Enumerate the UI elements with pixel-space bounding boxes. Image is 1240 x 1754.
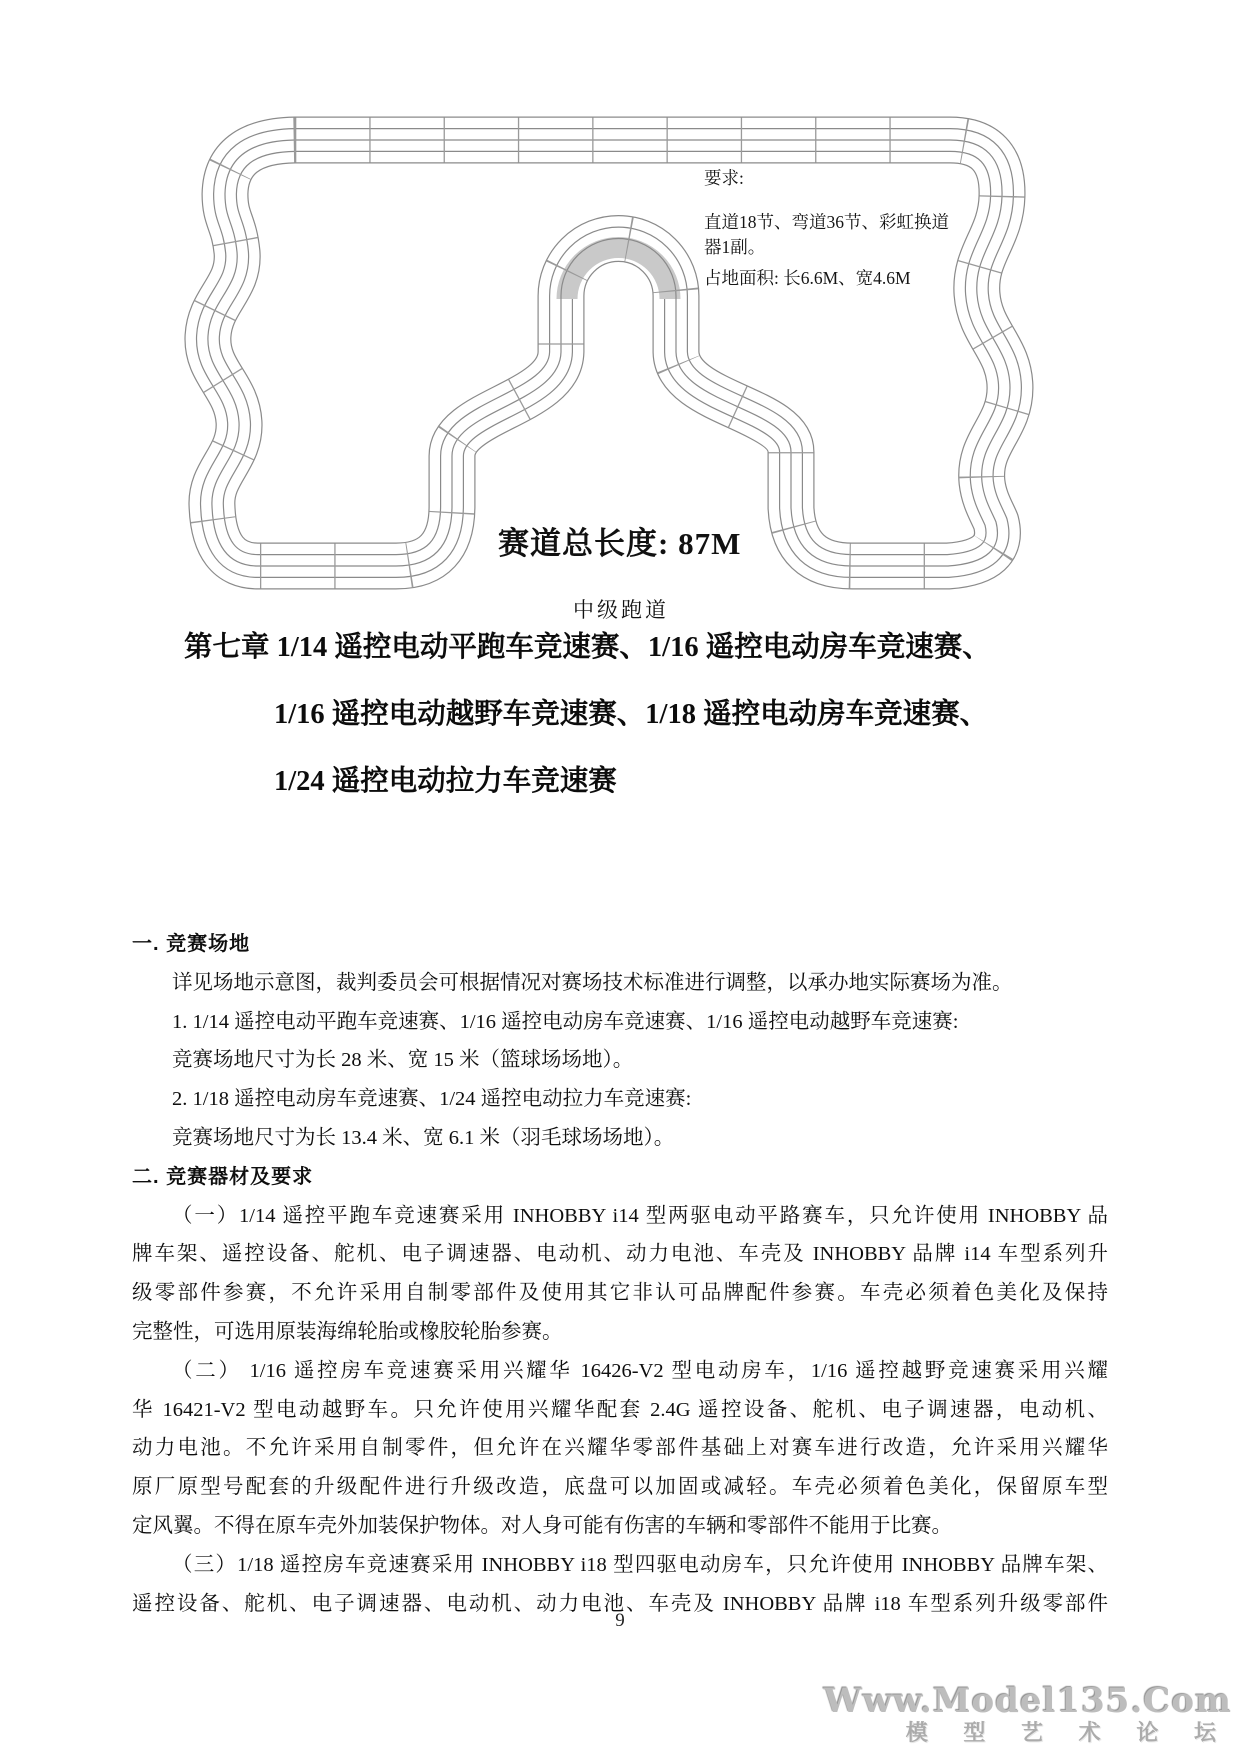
watermark-slogan: 模 型 艺 术 论 坛 [824, 1718, 1230, 1748]
body-text: 一. 竞赛场地 详见场地示意图，裁判委员会可根据情况对赛场技术标准进行调整，以承… [132, 925, 1108, 1623]
page-number: 9 [0, 1610, 1240, 1632]
body-line: 完整性，可选用原装海绵轮胎或橡胶轮胎参赛。 [132, 1313, 1108, 1352]
body-line: 竞赛场地尺寸为长 28 米、宽 15 米（篮球场场地）。 [132, 1041, 1108, 1080]
track-section-ties [208, 140, 1010, 566]
chapter-heading-line3: 1/24 遥控电动拉力车竞速赛 [132, 748, 1108, 815]
requirements-line2: 器1副。 [704, 235, 1004, 260]
body-line: （二） 1/16 遥控房车竞速赛采用兴耀华 16426-V2 型电动房车，1/1… [132, 1352, 1108, 1391]
body-line: 1. 1/14 遥控电动平跑车竞速赛、1/16 遥控电动房车竞速赛、1/16 遥… [132, 1003, 1108, 1042]
watermark: Www.Model135.Com 模 型 艺 术 论 坛 [824, 1684, 1232, 1748]
body-line: 竞赛场地尺寸为长 13.4 米、宽 6.1 米（羽毛球场场地）。 [132, 1119, 1108, 1158]
body-line: 动力电池。不允许采用自制零件，但允许在兴耀华零部件基础上对赛车进行改造，允许采用… [132, 1429, 1108, 1468]
body-line: 一. 竞赛场地 [132, 925, 1108, 964]
chapter-heading-line1: 第七章 1/14 遥控电动平跑车竞速赛、1/16 遥控电动房车竞速赛、 [132, 614, 1108, 681]
chapter-heading: 第七章 1/14 遥控电动平跑车竞速赛、1/16 遥控电动房车竞速赛、 1/16… [132, 614, 1108, 815]
requirements-title: 要求: [704, 166, 744, 191]
body-line: 2. 1/18 遥控电动房车竞速赛、1/24 遥控电动拉力车竞速赛: [132, 1080, 1108, 1119]
body-line: 定风翼。不得在原车壳外加装保护物体。对人身可能有伤害的车辆和零部件不能用于比赛。 [132, 1507, 1108, 1546]
body-line: 二. 竞赛器材及要求 [132, 1158, 1108, 1197]
body-line: 华 16421-V2 型电动越野车。只允许使用兴耀华配套 2.4G 遥控设备、舵… [132, 1391, 1108, 1430]
track-outline [208, 140, 1010, 566]
body-line: （三）1/18 遥控房车竞速赛采用 INHOBBY i18 型四驱电动房车，只允… [132, 1546, 1108, 1585]
track-diagram: 要求: 直道18节、弯道36节、彩虹换道 器1副。 占地面积: 长6.6M、宽4… [0, 0, 1240, 660]
body-line: （一）1/14 遥控平跑车竞速赛采用 INHOBBY i14 型两驱电动平路赛车… [132, 1197, 1108, 1236]
chapter-heading-line2: 1/16 遥控电动越野车竞速赛、1/18 遥控电动房车竞速赛、 [132, 681, 1108, 748]
requirements-text: 直道18节、弯道36节、彩虹换道 器1副。 [704, 210, 1004, 260]
area-note: 占地面积: 长6.6M、宽4.6M [704, 266, 1044, 291]
requirements-line1: 直道18节、弯道36节、彩虹换道 [704, 210, 1004, 235]
body-line: 原厂原型号配套的升级配件进行升级改造，底盘可以加固或减轻。车壳必须着色美化，保留… [132, 1468, 1108, 1507]
track-total-length-label: 赛道总长度: 87M [498, 518, 818, 563]
body-line: 牌车架、遥控设备、舵机、电子调速器、电动机、动力电池、车壳及 INHOBBY 品… [132, 1235, 1108, 1274]
body-line: 级零部件参赛，不允许采用自制零部件及使用其它非认可品牌配件参赛。车壳必须着色美化… [132, 1274, 1108, 1313]
watermark-url: Www.Model135.Com [824, 1684, 1232, 1718]
body-line: 详见场地示意图，裁判委员会可根据情况对赛场技术标准进行调整，以承办地实际赛场为准… [132, 964, 1108, 1003]
document-page: 要求: 直道18节、弯道36节、彩虹换道 器1副。 占地面积: 长6.6M、宽4… [0, 0, 1240, 1754]
